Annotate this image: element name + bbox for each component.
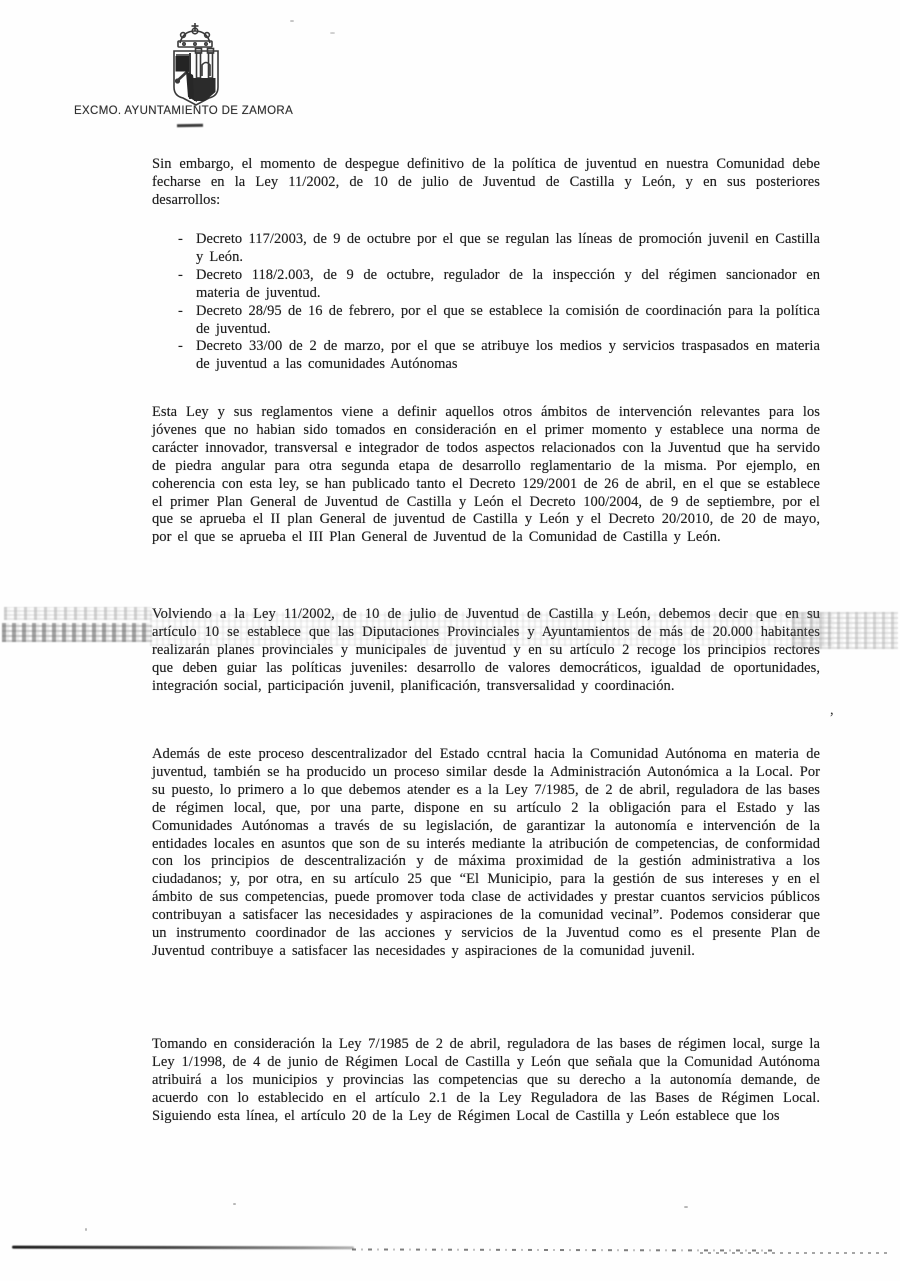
- list-item: - Decreto 33/00 de 2 de marzo, por el qu…: [152, 338, 820, 374]
- organization-name: EXCMO. AYUNTAMIENTO DE ZAMORA: [74, 105, 293, 117]
- list-item-text: Decreto 28/95 de 16 de febrero, por el q…: [196, 303, 820, 337]
- scan-speck: [233, 1203, 236, 1205]
- paragraph-ley-reglamentos: Esta Ley y sus reglamentos viene a defin…: [152, 404, 820, 547]
- scan-speck: [85, 1228, 87, 1231]
- list-item-text: Decreto 117/2003, de 9 de octubre por el…: [196, 231, 820, 265]
- dash-bullet-icon: -: [178, 338, 183, 356]
- scan-speck: [290, 20, 294, 22]
- list-item: - Decreto 118/2.003, de 9 de octubre, re…: [152, 267, 820, 303]
- list-item: - Decreto 117/2003, de 9 de octubre por …: [152, 231, 820, 267]
- paragraph-volviendo-ley: Volviendo a la Ley 11/2002, de 10 de jul…: [152, 606, 820, 696]
- zamora-coat-of-arms-icon: [150, 22, 242, 108]
- dash-bullet-icon: -: [178, 267, 183, 285]
- paragraph-intro: Sin embargo, el momento de despegue defi…: [152, 156, 820, 210]
- list-item: - Decreto 28/95 de 16 de febrero, por el…: [152, 303, 820, 339]
- list-item-text: Decreto 33/00 de 2 de marzo, por el que …: [196, 338, 820, 372]
- scan-speck: [330, 32, 335, 34]
- dash-bullet-icon: -: [178, 303, 183, 321]
- scan-smudge: [4, 607, 152, 620]
- scanned-document-page: EXCMO. AYUNTAMIENTO DE ZAMORA Sin embarg…: [0, 0, 900, 1281]
- dash-bullet-icon: -: [178, 231, 183, 249]
- stray-ink-mark: ,: [830, 702, 834, 719]
- scan-speck: [684, 1206, 688, 1208]
- paragraph-tomando-consideracion: Tomando en consideración la Ley 7/1985 d…: [152, 1036, 820, 1126]
- scan-smudge: [2, 623, 152, 642]
- header-underline-mark: [177, 124, 203, 127]
- scan-artifact-line: [12, 1246, 354, 1250]
- list-item-text: Decreto 118/2.003, de 9 de octubre, regu…: [196, 267, 820, 301]
- scan-artifact-line: [700, 1252, 890, 1254]
- paragraph-descentralizador: Además de este proceso descentralizador …: [152, 746, 820, 961]
- decree-list: - Decreto 117/2003, de 9 de octubre por …: [152, 231, 820, 374]
